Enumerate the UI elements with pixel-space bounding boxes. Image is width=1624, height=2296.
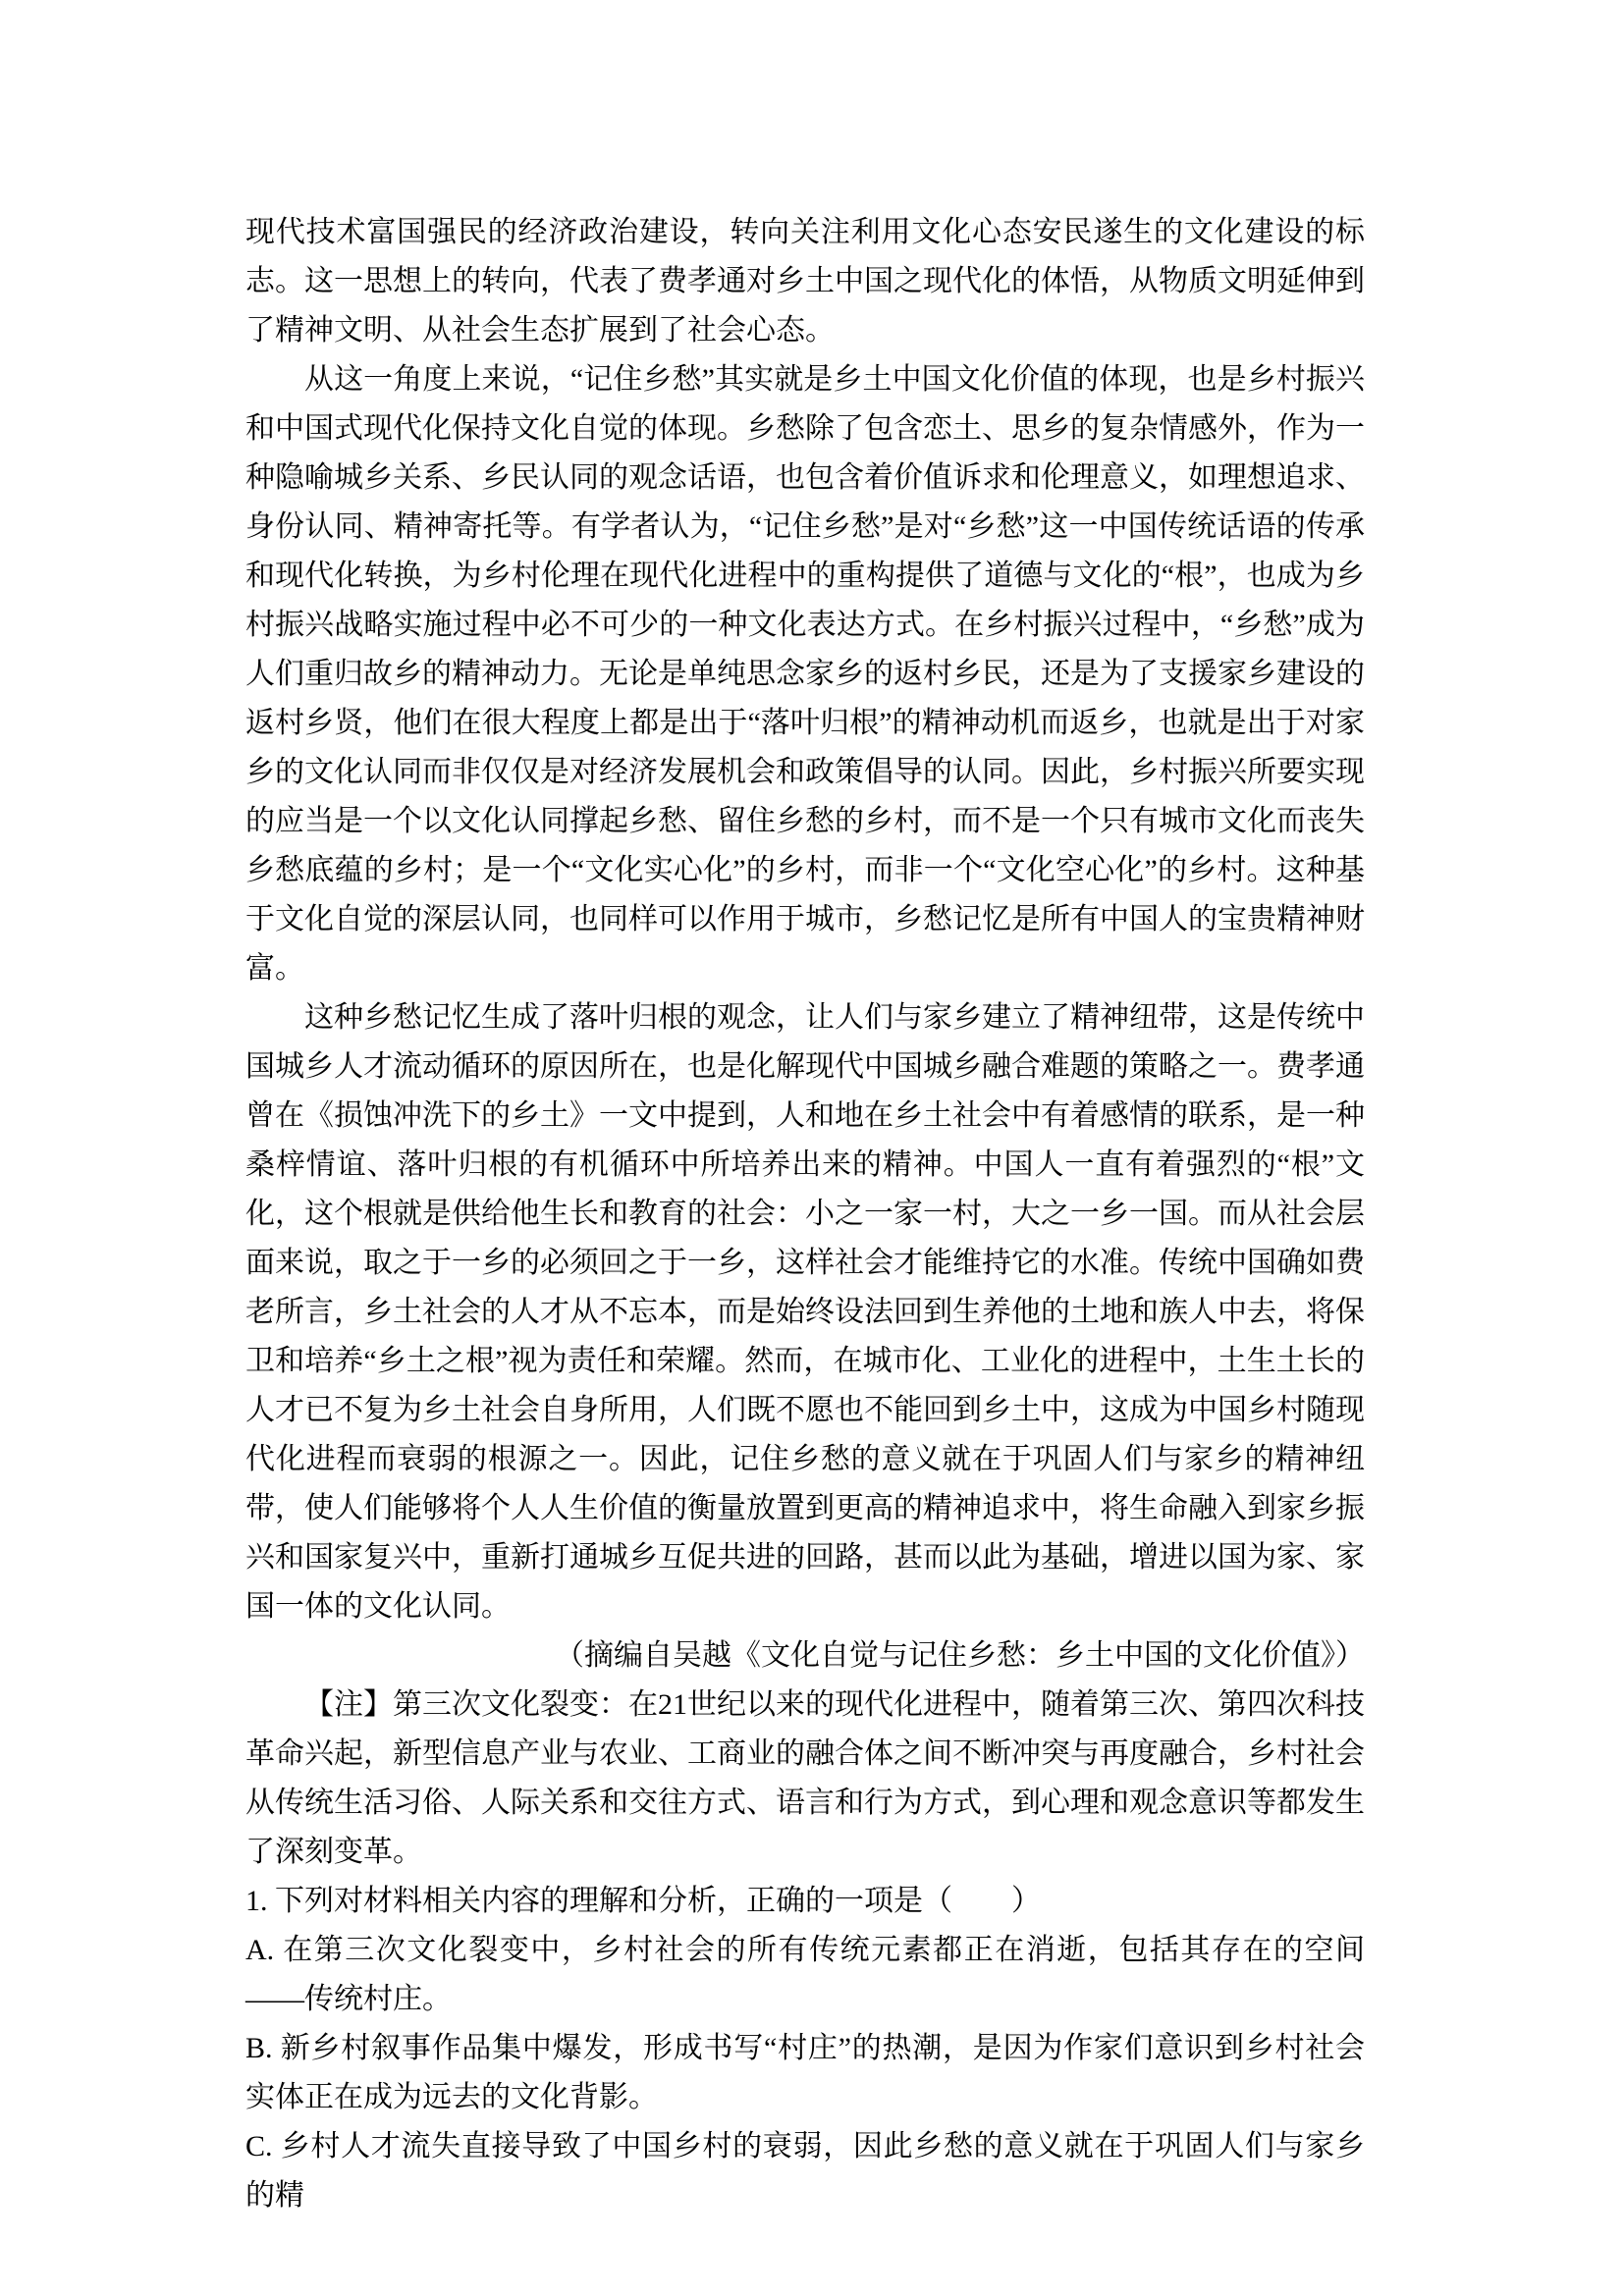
paragraph-body: 从这一角度上来说，“记住乡愁”其实就是乡土中国文化价值的体现，也是乡村振兴和中国… [245,355,1365,993]
paragraph-option: A. 在第三次文化裂变中，乡村社会的所有传统元素都正在消逝，包括其存在的空间——… [245,1926,1365,2024]
paragraph-note: 【注】第三次文化裂变：在21世纪以来的现代化进程中，随着第三次、第四次科技革命兴… [245,1681,1365,1877]
paragraph-body: 这种乡愁记忆生成了落叶归根的观念，让人们与家乡建立了精神纽带，这是传统中国城乡人… [245,993,1365,1631]
document-page: 现代技术富国强民的经济政治建设，转向关注利用文化心态安民遂生的文化建设的标志。这… [0,0,1624,2296]
paragraph-question: 1. 下列对材料相关内容的理解和分析，正确的一项是（ ） [245,1877,1365,1926]
document-body: 现代技术富国强民的经济政治建设，转向关注利用文化心态安民遂生的文化建设的标志。这… [245,208,1365,2220]
paragraph-option: B. 新乡村叙事作品集中爆发，形成书写“村庄”的热潮，是因为作家们意识到乡村社会… [245,2024,1365,2122]
paragraph-citation: （摘编自吴越《文化自觉与记住乡愁：乡土中国的文化价值》） [245,1631,1365,1681]
paragraph-option: C. 乡村人才流失直接导致了中国乡村的衰弱，因此乡愁的意义就在于巩固人们与家乡的… [245,2122,1365,2220]
paragraph-body: 现代技术富国强民的经济政治建设，转向关注利用文化心态安民遂生的文化建设的标志。这… [245,208,1365,355]
